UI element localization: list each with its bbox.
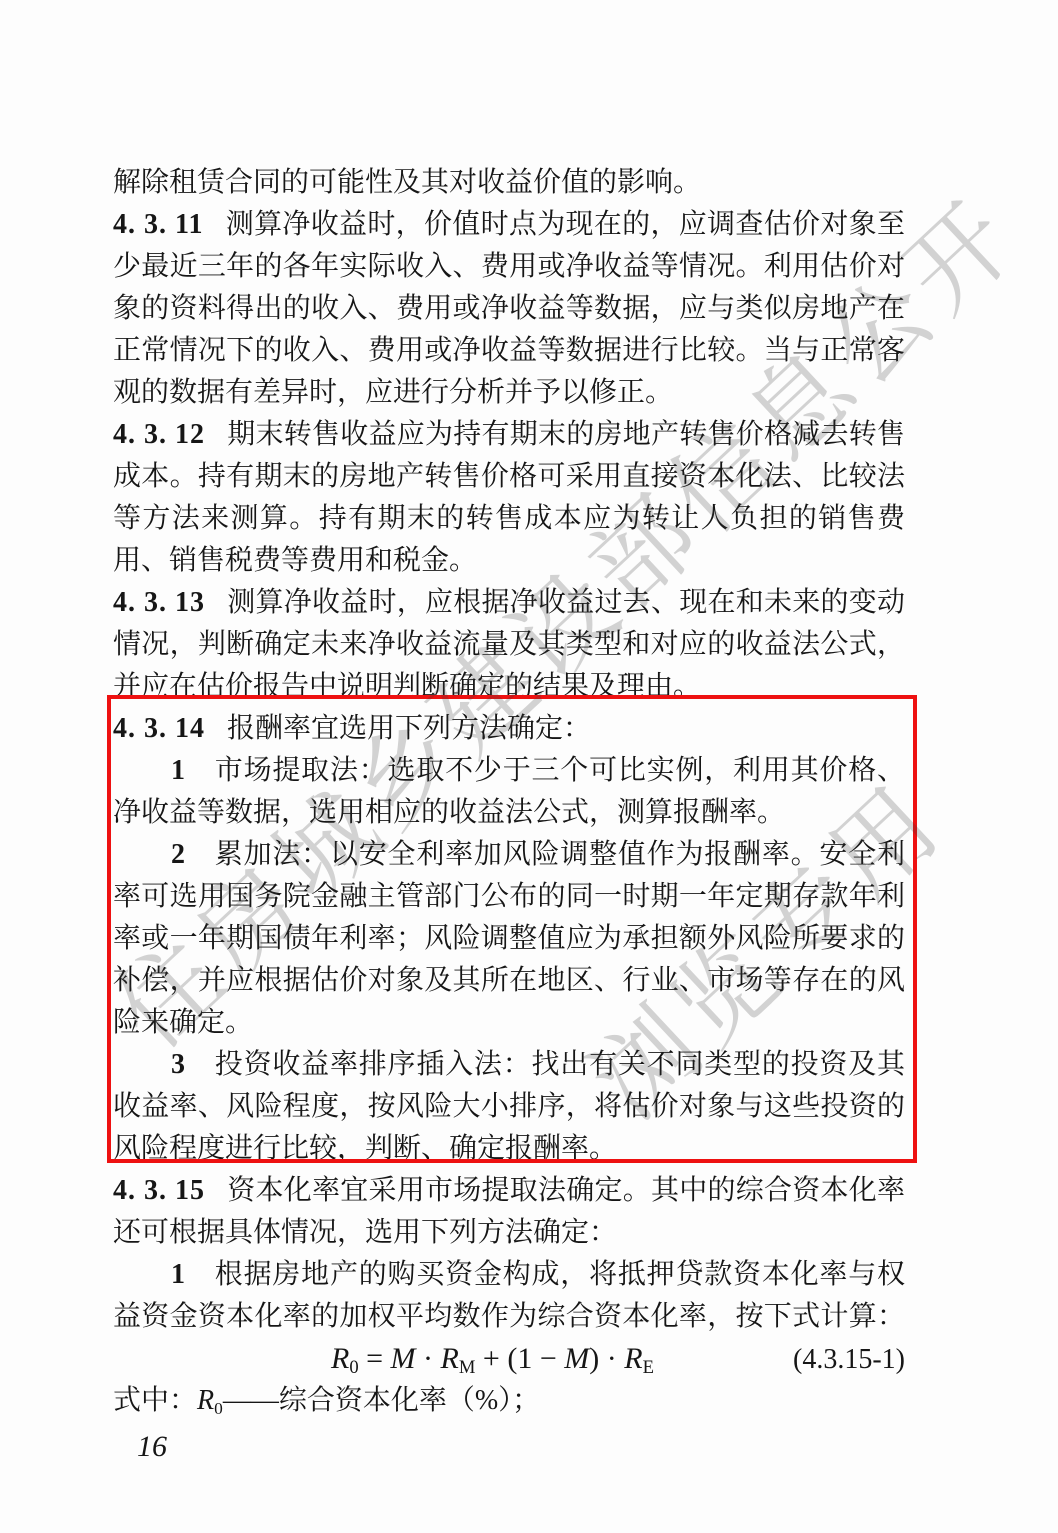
text-line: 净收益等数据，选用相应的收益法公式，测算报酬率。 xyxy=(113,792,905,834)
text-line: 解除租赁合同的可能性及其对收益价值的影响。 xyxy=(113,162,905,204)
section-line-4-3-14: 4. 3. 14报酬率宜选用下列方法确定： xyxy=(113,708,905,750)
text-line: 象的资料得出的收入、费用或净收益等数据，应与类似房地产在 xyxy=(113,288,905,330)
item-line-1: 1市场提取法：选取不少于三个可比实例，利用其价格、 xyxy=(113,750,905,792)
formula-number: (4.3.15-1) xyxy=(793,1339,905,1381)
section-number: 4. 3. 15 xyxy=(113,1170,205,1212)
text-line: 正常情况下的收入、费用或净收益等数据进行比较。当与正常客 xyxy=(113,330,905,372)
section-number: 4. 3. 11 xyxy=(113,204,203,246)
section-line-4-3-11: 4. 3. 11测算净收益时，价值时点为现在的，应调查估价对象至 xyxy=(113,204,905,246)
section-line-4-3-12: 4. 3. 12期末转售收益应为持有期末的房地产转售价格减去转售 xyxy=(113,414,905,456)
page-number: 16 xyxy=(137,1430,167,1464)
text-line: 险来确定。 xyxy=(113,1002,905,1044)
section-number: 4. 3. 12 xyxy=(113,414,205,456)
text-line: 观的数据有差异时，应进行分析并予以修正。 xyxy=(113,372,905,414)
section-number: 4. 3. 13 xyxy=(113,582,205,624)
section-line-4-3-13: 4. 3. 13测算净收益时，应根据净收益过去、现在和未来的变动 xyxy=(113,582,905,624)
item-number: 3 xyxy=(171,1044,186,1086)
item-number: 1 xyxy=(171,750,186,792)
text-column: 解除租赁合同的可能性及其对收益价值的影响。 4. 3. 11测算净收益时，价值时… xyxy=(113,162,905,1422)
document-page: 解除租赁合同的可能性及其对收益价值的影响。 4. 3. 11测算净收益时，价值时… xyxy=(0,0,1058,1533)
text-line: 益资金资本化率的加权平均数作为综合资本化率，按下式计算： xyxy=(113,1296,905,1338)
section-number: 4. 3. 14 xyxy=(113,708,205,750)
item-number: 2 xyxy=(171,834,186,876)
formula-legend: 式中：R0——综合资本化率（%）； xyxy=(113,1380,905,1422)
text-line: 风险程度进行比较，判断、确定报酬率。 xyxy=(113,1128,905,1170)
text-line: 用、销售税费等费用和税金。 xyxy=(113,540,905,582)
text-line: 情况，判断确定未来净收益流量及其类型和对应的收益法公式， xyxy=(113,624,905,666)
text-line: 收益率、风险程度，按风险大小排序，将估价对象与这些投资的 xyxy=(113,1086,905,1128)
item-line-1b: 1根据房地产的购买资金构成，将抵押贷款资本化率与权 xyxy=(113,1254,905,1296)
text-line: 率可选用国务院金融主管部门公布的同一时期一年定期存款年利 xyxy=(113,876,905,918)
item-number: 1 xyxy=(171,1254,186,1296)
formula-line: R0 = M · RM + (1 − M) · RE (4.3.15-1) xyxy=(113,1338,905,1380)
item-line-3: 3投资收益率排序插入法：找出有关不同类型的投资及其 xyxy=(113,1044,905,1086)
text-line: 补偿，并应根据估价对象及其所在地区、行业、市场等存在的风 xyxy=(113,960,905,1002)
text-line: 少最近三年的各年实际收入、费用或净收益等情况。利用估价对 xyxy=(113,246,905,288)
text-line: 率或一年期国债年利率；风险调整值应为承担额外风险所要求的 xyxy=(113,918,905,960)
item-line-2: 2累加法：以安全利率加风险调整值作为报酬率。安全利 xyxy=(113,834,905,876)
text-line: 并应在估价报告中说明判断确定的结果及理由。 xyxy=(113,666,905,708)
text-line: 成本。持有期末的房地产转售价格可采用直接资本化法、比较法 xyxy=(113,456,905,498)
text-line: 还可根据具体情况，选用下列方法确定： xyxy=(113,1212,905,1254)
section-line-4-3-15: 4. 3. 15资本化率宜采用市场提取法确定。其中的综合资本化率 xyxy=(113,1170,905,1212)
text-line: 等方法来测算。持有期末的转售成本应为转让人负担的销售费 xyxy=(113,498,905,540)
